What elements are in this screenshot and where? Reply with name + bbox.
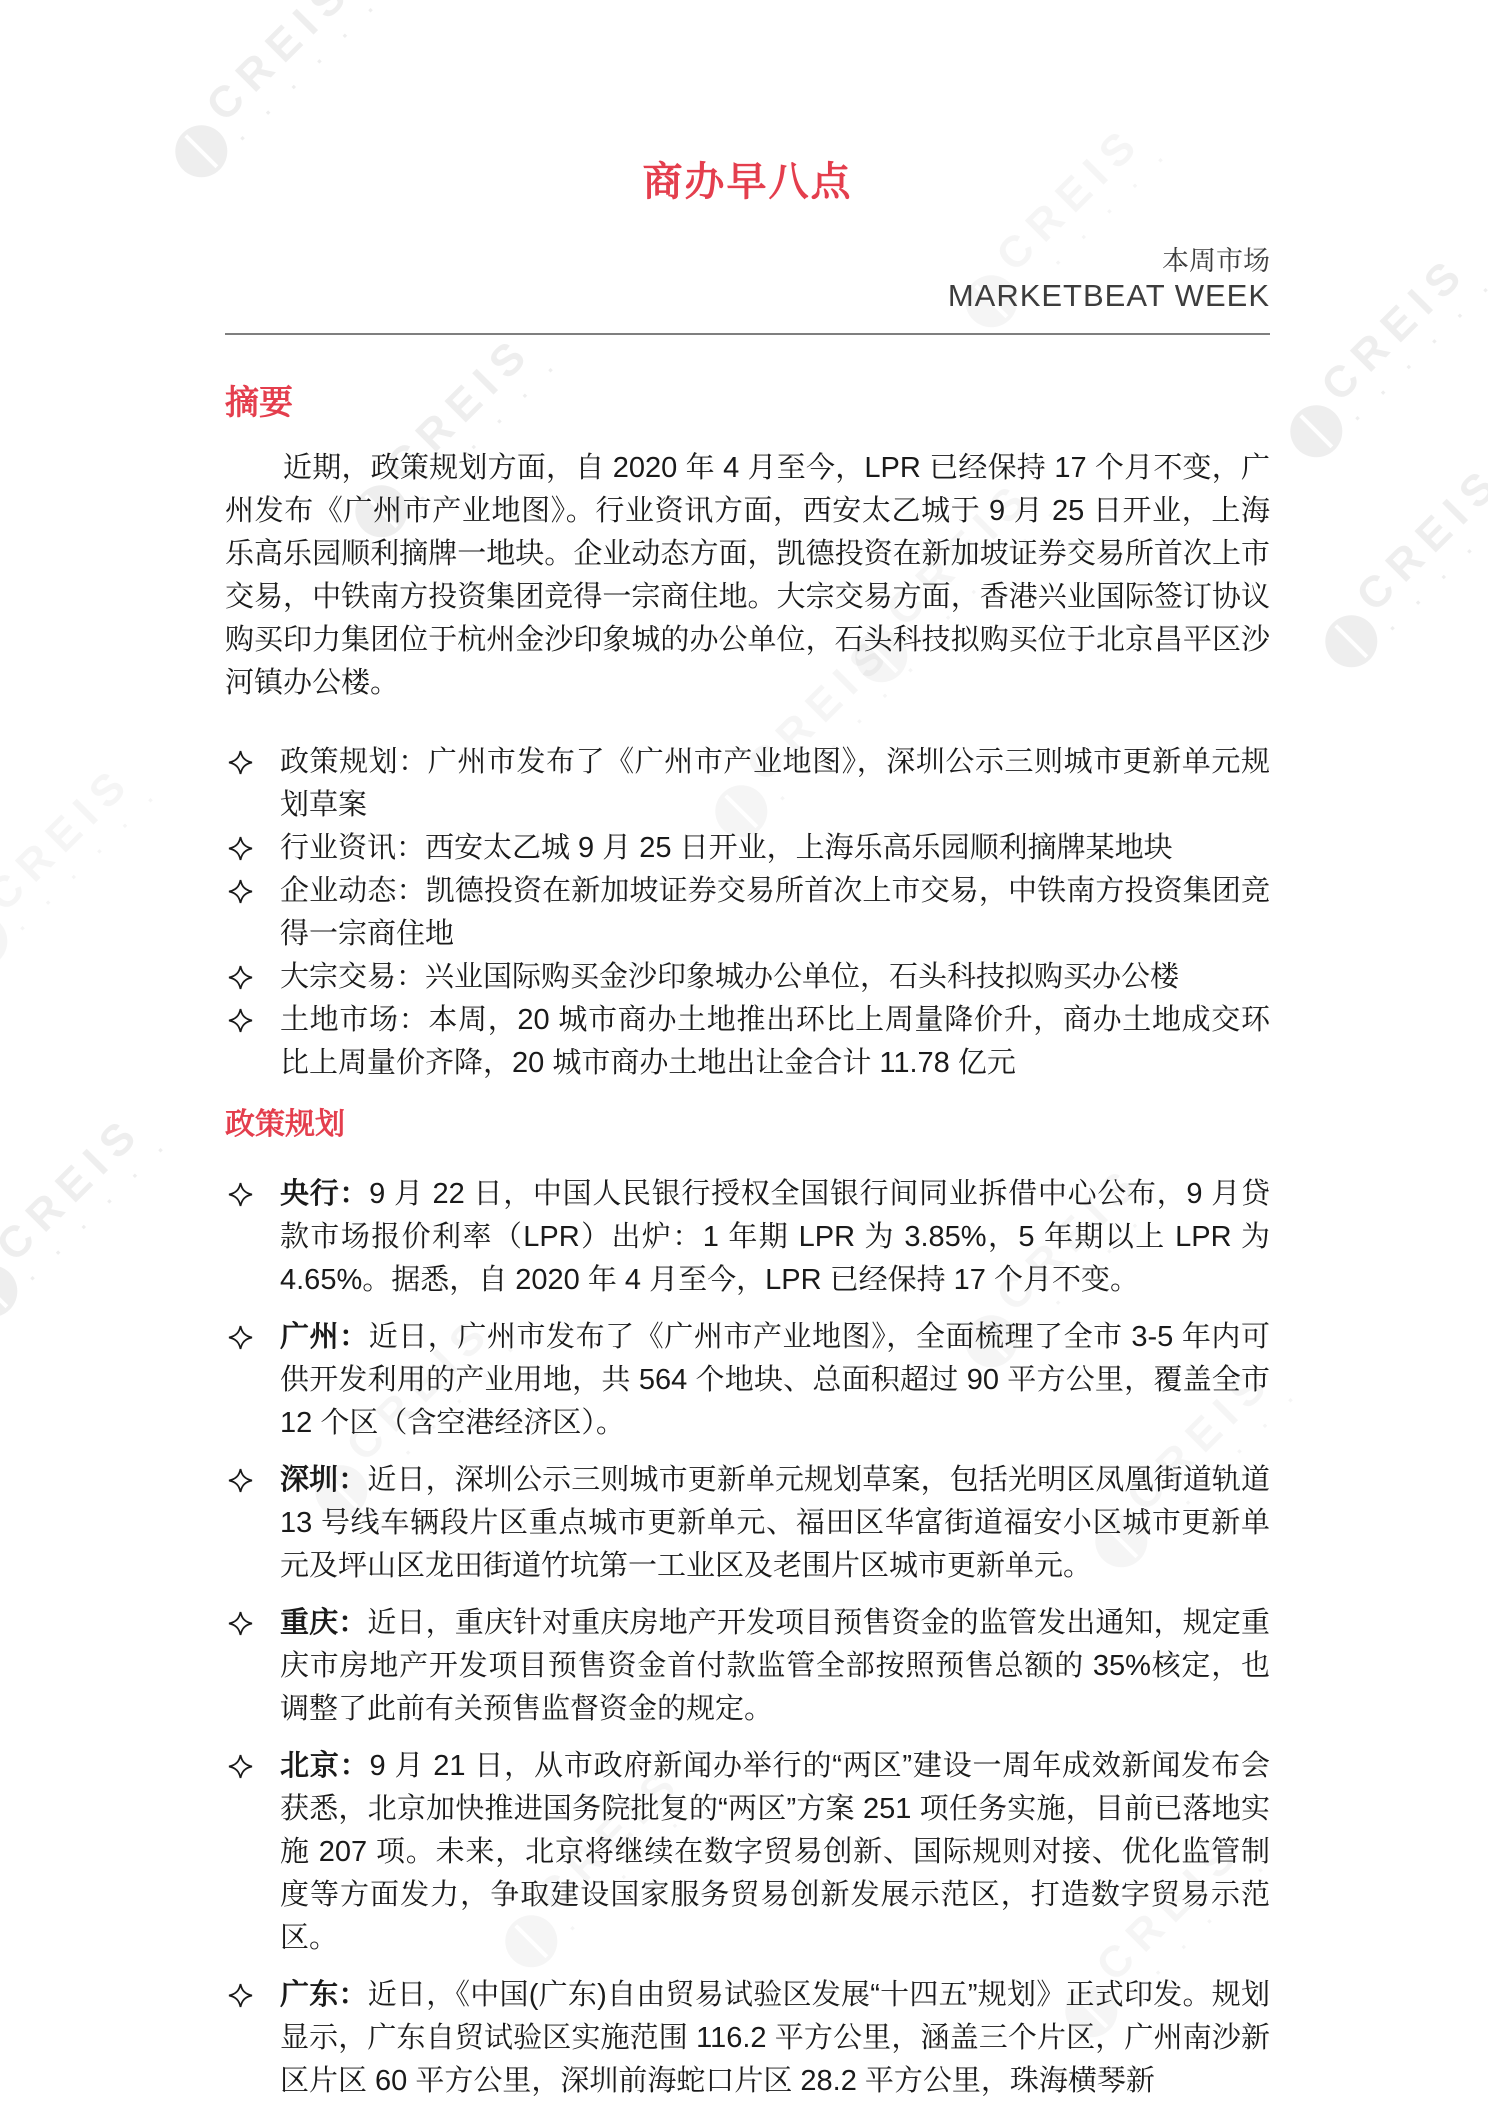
creis-logo-icon (0, 904, 18, 978)
summary-bullet-list: 政策规划：广州市发布了《广州市产业地图》，深圳公示三则城市更新单元规划草案 行业… (225, 741, 1270, 1085)
four-pointed-star-icon (227, 964, 254, 991)
policy-item: 重庆：近日，重庆针对重庆房地产开发项目预售资金的监管发出通知，规定重庆市房地产开… (225, 1602, 1270, 1731)
watermark-cjk-dots (16, 784, 166, 934)
policy-item-text: 9 月 22 日，中国人民银行授权全国银行间同业拆借中心公布，9 月贷款市场报价… (280, 1178, 1270, 1296)
creis-logo-icon (0, 1254, 28, 1328)
creis-watermark: CREIS (0, 1097, 176, 1328)
four-pointed-star-icon (227, 1610, 254, 1637)
summary-bullet-item: 政策规划：广州市发布了《广州市产业地图》，深圳公示三则城市更新单元规划草案 (225, 741, 1270, 827)
report-page: CREIS CREIS CREIS CREIS CREIS CREIS CREI… (0, 0, 1488, 2104)
four-pointed-star-icon (227, 1324, 254, 1351)
policy-item-text: 近日，《中国(广东)自由贸易试验区发展“十四五”规划》正式印发。规划显示，广东自… (280, 1979, 1270, 2097)
four-pointed-star-icon (227, 1467, 254, 1494)
report-title: 商办早八点 (225, 150, 1270, 207)
policy-item-text: 近日，重庆针对重庆房地产开发项目预售资金的监管发出通知，规定重庆市房地产开发项目… (280, 1607, 1270, 1725)
four-pointed-star-icon (227, 878, 254, 905)
summary-bullet-item: 土地市场：本周，20 城市商办土地推出环比上周量降价升，商办土地成交环比上周量价… (225, 999, 1270, 1085)
watermark-cjk-dots (1386, 484, 1488, 634)
policy-item: 央行：9 月 22 日，中国人民银行授权全国银行间同业拆借中心公布，9 月贷款市… (225, 1173, 1270, 1302)
summary-bullet-text: 企业动态：凯德投资在新加坡证券交易所首次上市交易，中铁南方投资集团竞得一宗商住地 (280, 875, 1270, 950)
header-divider (225, 333, 1270, 335)
subtitle-en: MARKETBEAT WEEK (225, 277, 1270, 315)
four-pointed-star-icon (227, 835, 254, 862)
creis-watermark: CREIS (1270, 237, 1488, 468)
creis-watermark: CREIS (0, 747, 166, 978)
policy-item-label: 北京： (280, 1750, 369, 1782)
policy-item-text: 9 月 21 日，从市政府新闻办举行的“两区”建设一周年成效新闻发布会获悉，北京… (280, 1750, 1270, 1954)
creis-watermark: CREIS (1305, 447, 1488, 678)
four-pointed-star-icon (227, 1982, 254, 2009)
summary-bullet-item: 企业动态：凯德投资在新加坡证券交易所首次上市交易，中铁南方投资集团竞得一宗商住地 (225, 870, 1270, 956)
summary-bullet-text: 土地市场：本周，20 城市商办土地推出环比上周量降价升，商办土地成交环比上周量价… (280, 1004, 1270, 1079)
watermark-cjk-dots (1351, 274, 1488, 424)
subtitle-cn: 本周市场 (225, 245, 1270, 277)
policy-section-heading: 政策规划 (225, 1107, 1270, 1143)
summary-bullet-text: 政策规划：广州市发布了《广州市产业地图》，深圳公示三则城市更新单元规划草案 (280, 746, 1270, 821)
subtitle-block: 本周市场 MARKETBEAT WEEK (225, 245, 1270, 315)
policy-item: 广州：近日，广州市发布了《广州市产业地图》，全面梳理了全市 3-5 年内可供开发… (225, 1316, 1270, 1445)
four-pointed-star-icon (227, 1007, 254, 1034)
watermark-cjk-dots (26, 1134, 176, 1284)
policy-item: 北京：9 月 21 日，从市政府新闻办举行的“两区”建设一周年成效新闻发布会获悉… (225, 1745, 1270, 1960)
four-pointed-star-icon (227, 1753, 254, 1780)
policy-item-list: 央行：9 月 22 日，中国人民银行授权全国银行间同业拆借中心公布，9 月贷款市… (225, 1173, 1270, 2103)
summary-bullet-text: 大宗交易：兴业国际购买金沙印象城办公单位，石头科技拟购买办公楼 (280, 961, 1179, 993)
summary-bullet-item: 大宗交易：兴业国际购买金沙印象城办公单位，石头科技拟购买办公楼 (225, 956, 1270, 999)
policy-item: 深圳：近日，深圳公示三则城市更新单元规划草案，包括光明区凤凰街道轨道 13 号线… (225, 1459, 1270, 1588)
policy-item: 广东：近日，《中国(广东)自由贸易试验区发展“十四五”规划》正式印发。规划显示，… (225, 1974, 1270, 2103)
policy-item-label: 深圳： (280, 1464, 367, 1496)
summary-heading: 摘要 (225, 383, 1270, 423)
policy-item-label: 重庆： (280, 1607, 367, 1639)
report-content: 商办早八点 本周市场 MARKETBEAT WEEK 摘要 近期，政策规划方面，… (225, 0, 1270, 2103)
creis-logo-icon (1315, 604, 1389, 678)
policy-item-label: 广东： (280, 1979, 368, 2011)
policy-item-label: 广州： (280, 1321, 369, 1353)
four-pointed-star-icon (227, 749, 254, 776)
policy-item-label: 央行： (280, 1178, 369, 1210)
summary-paragraph: 近期，政策规划方面，自 2020 年 4 月至今，LPR 已经保持 17 个月不… (225, 447, 1270, 705)
policy-item-text: 近日，深圳公示三则城市更新单元规划草案，包括光明区凤凰街道轨道 13 号线车辆段… (280, 1464, 1270, 1582)
summary-bullet-item: 行业资讯：西安太乙城 9 月 25 日开业，上海乐高乐园顺利摘牌某地块 (225, 827, 1270, 870)
summary-bullet-text: 行业资讯：西安太乙城 9 月 25 日开业，上海乐高乐园顺利摘牌某地块 (280, 832, 1173, 864)
policy-item-text: 近日，广州市发布了《广州市产业地图》，全面梳理了全市 3-5 年内可供开发利用的… (280, 1321, 1270, 1439)
creis-logo-icon (1280, 394, 1354, 468)
four-pointed-star-icon (227, 1181, 254, 1208)
